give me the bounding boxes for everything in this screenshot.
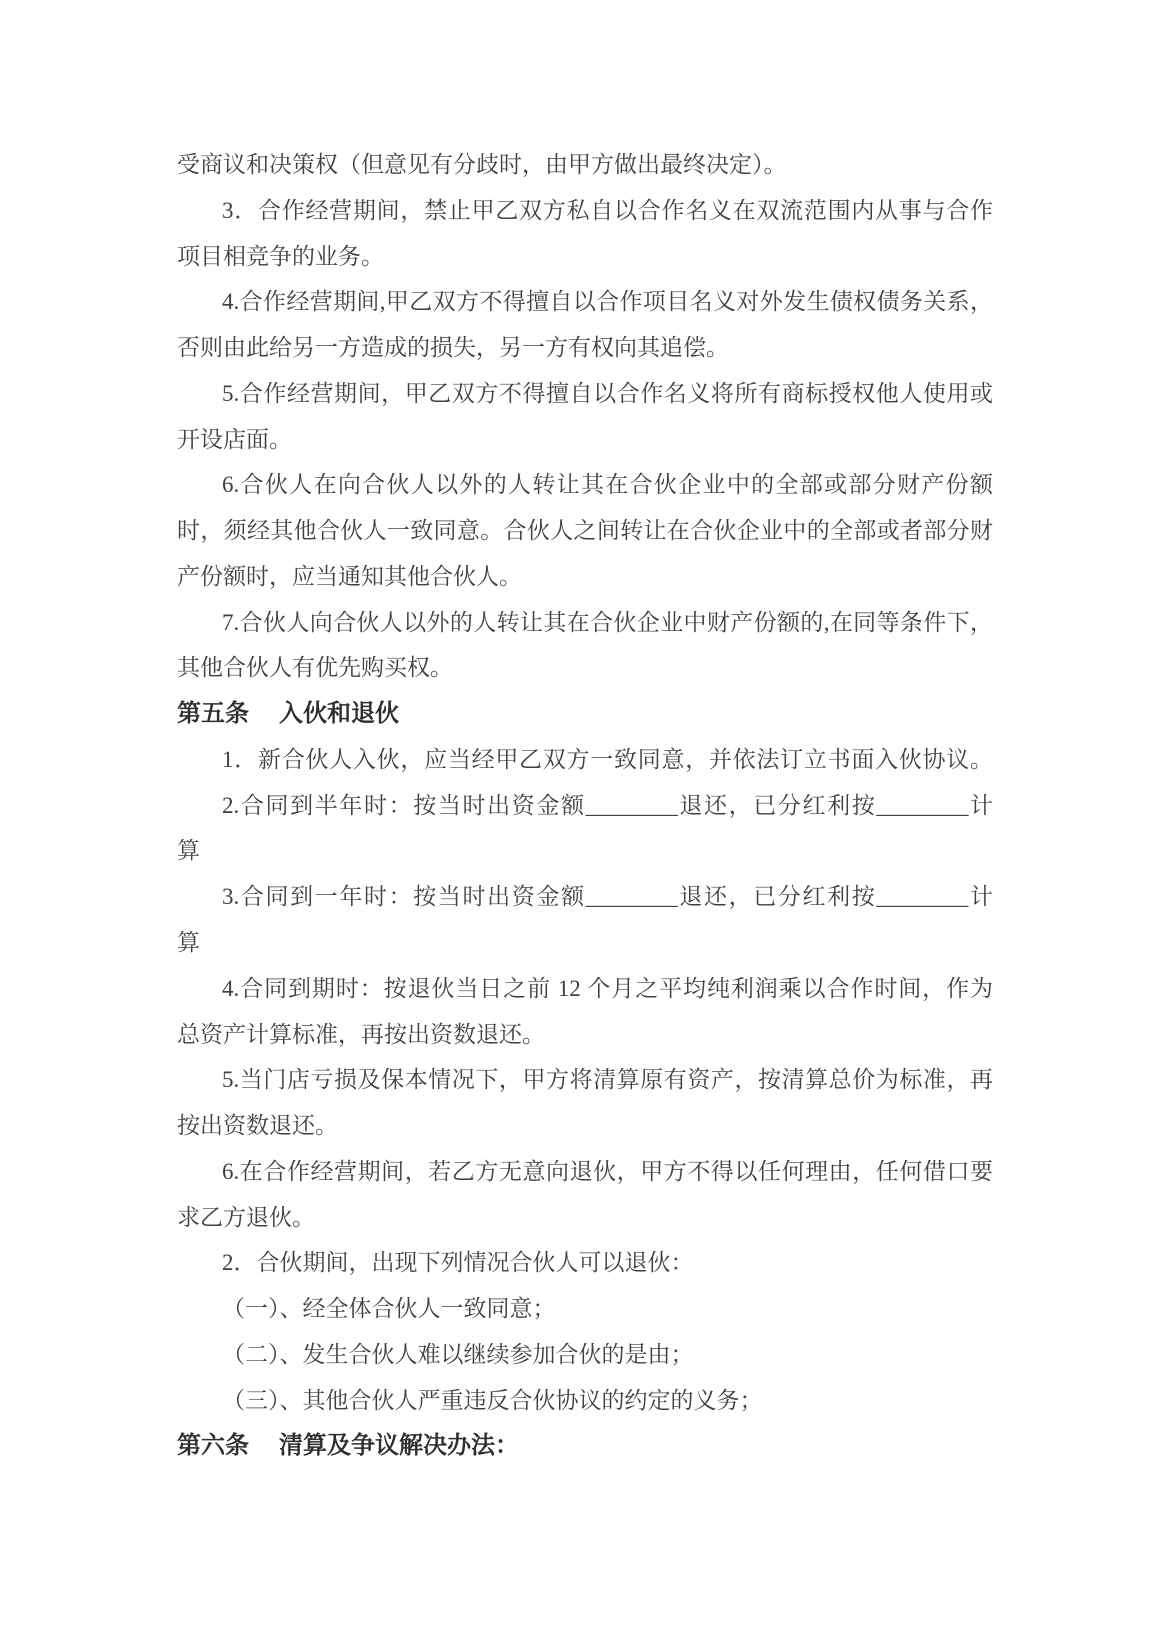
contract-line: 4.合作经营期间,甲乙双方不得擅自以合作项目名义对外发生债权债务关系， xyxy=(177,279,993,325)
contract-line: 否则由此给另一方造成的损失，另一方有权向其追偿。 xyxy=(177,325,993,371)
section-heading-article-6: 第六条清算及争议解决办法： xyxy=(177,1423,993,1469)
contract-page: 受商议和决策权（但意见有分歧时，由甲方做出最终决定）。 3．合作经营期间，禁止甲… xyxy=(0,0,1167,1651)
contract-line: 受商议和决策权（但意见有分歧时，由甲方做出最终决定）。 xyxy=(177,142,993,188)
contract-line: 项目相竞争的业务。 xyxy=(177,234,993,280)
contract-line: 开设店面。 xyxy=(177,417,993,463)
contract-line: 按出资数退还。 xyxy=(177,1103,993,1149)
contract-list-item: （三）、其他合伙人严重违反合伙协议的约定的义务； xyxy=(177,1378,993,1424)
contract-line: 时，须经其他合伙人一致同意。合伙人之间转让在合伙企业中的全部或者部分财 xyxy=(177,508,993,554)
contract-line: 7.合伙人向合伙人以外的人转让其在合伙企业中财产份额的,在同等条件下， xyxy=(177,600,993,646)
contract-line: 2.合同到半年时：按当时出资金额________退还，已分红利按________… xyxy=(177,783,993,829)
contract-line: 2．合伙期间，出现下列情况合伙人可以退伙： xyxy=(177,1240,993,1286)
contract-line: 产份额时，应当通知其他合伙人。 xyxy=(177,554,993,600)
contract-line: 4.合同到期时：按退伙当日之前 12 个月之平均纯利润乘以合作时间，作为 xyxy=(177,966,993,1012)
contract-line: 3．合作经营期间，禁止甲乙双方私自以合作名义在双流范围内从事与合作 xyxy=(177,188,993,234)
contract-line: 求乙方退伙。 xyxy=(177,1195,993,1241)
contract-line: 1．新合伙人入伙，应当经甲乙双方一致同意，并依法订立书面入伙协议。 xyxy=(177,737,993,783)
contract-line: 算 xyxy=(177,828,993,874)
contract-line: 总资产计算标准，再按出资数退还。 xyxy=(177,1012,993,1058)
contract-line: 6.合伙人在向合伙人以外的人转让其在合伙企业中的全部或部分财产份额 xyxy=(177,462,993,508)
contract-line: 6.在合作经营期间，若乙方无意向退伙，甲方不得以任何理由，任何借口要 xyxy=(177,1149,993,1195)
contract-list-item: （一）、经全体合伙人一致同意； xyxy=(177,1286,993,1332)
contract-line: 其他合伙人有优先购买权。 xyxy=(177,645,993,691)
contract-line: 3.合同到一年时：按当时出资金额________退还，已分红利按________… xyxy=(177,874,993,920)
contract-line: 5.合作经营期间，甲乙双方不得擅自以合作名义将所有商标授权他人使用或 xyxy=(177,371,993,417)
section-title: 清算及争议解决办法： xyxy=(279,1432,519,1459)
contract-line: 5.当门店亏损及保本情况下，甲方将清算原有资产，按清算总价为标准，再 xyxy=(177,1057,993,1103)
section-title: 入伙和退伙 xyxy=(279,700,399,727)
contract-line: 算 xyxy=(177,920,993,966)
contract-list-item: （二）、发生合伙人难以继续参加合伙的是由； xyxy=(177,1332,993,1378)
section-number: 第六条 xyxy=(177,1432,249,1459)
section-number: 第五条 xyxy=(177,700,249,727)
contract-text-block: 受商议和决策权（但意见有分歧时，由甲方做出最终决定）。 3．合作经营期间，禁止甲… xyxy=(177,142,993,1469)
section-heading-article-5: 第五条入伙和退伙 xyxy=(177,691,993,737)
